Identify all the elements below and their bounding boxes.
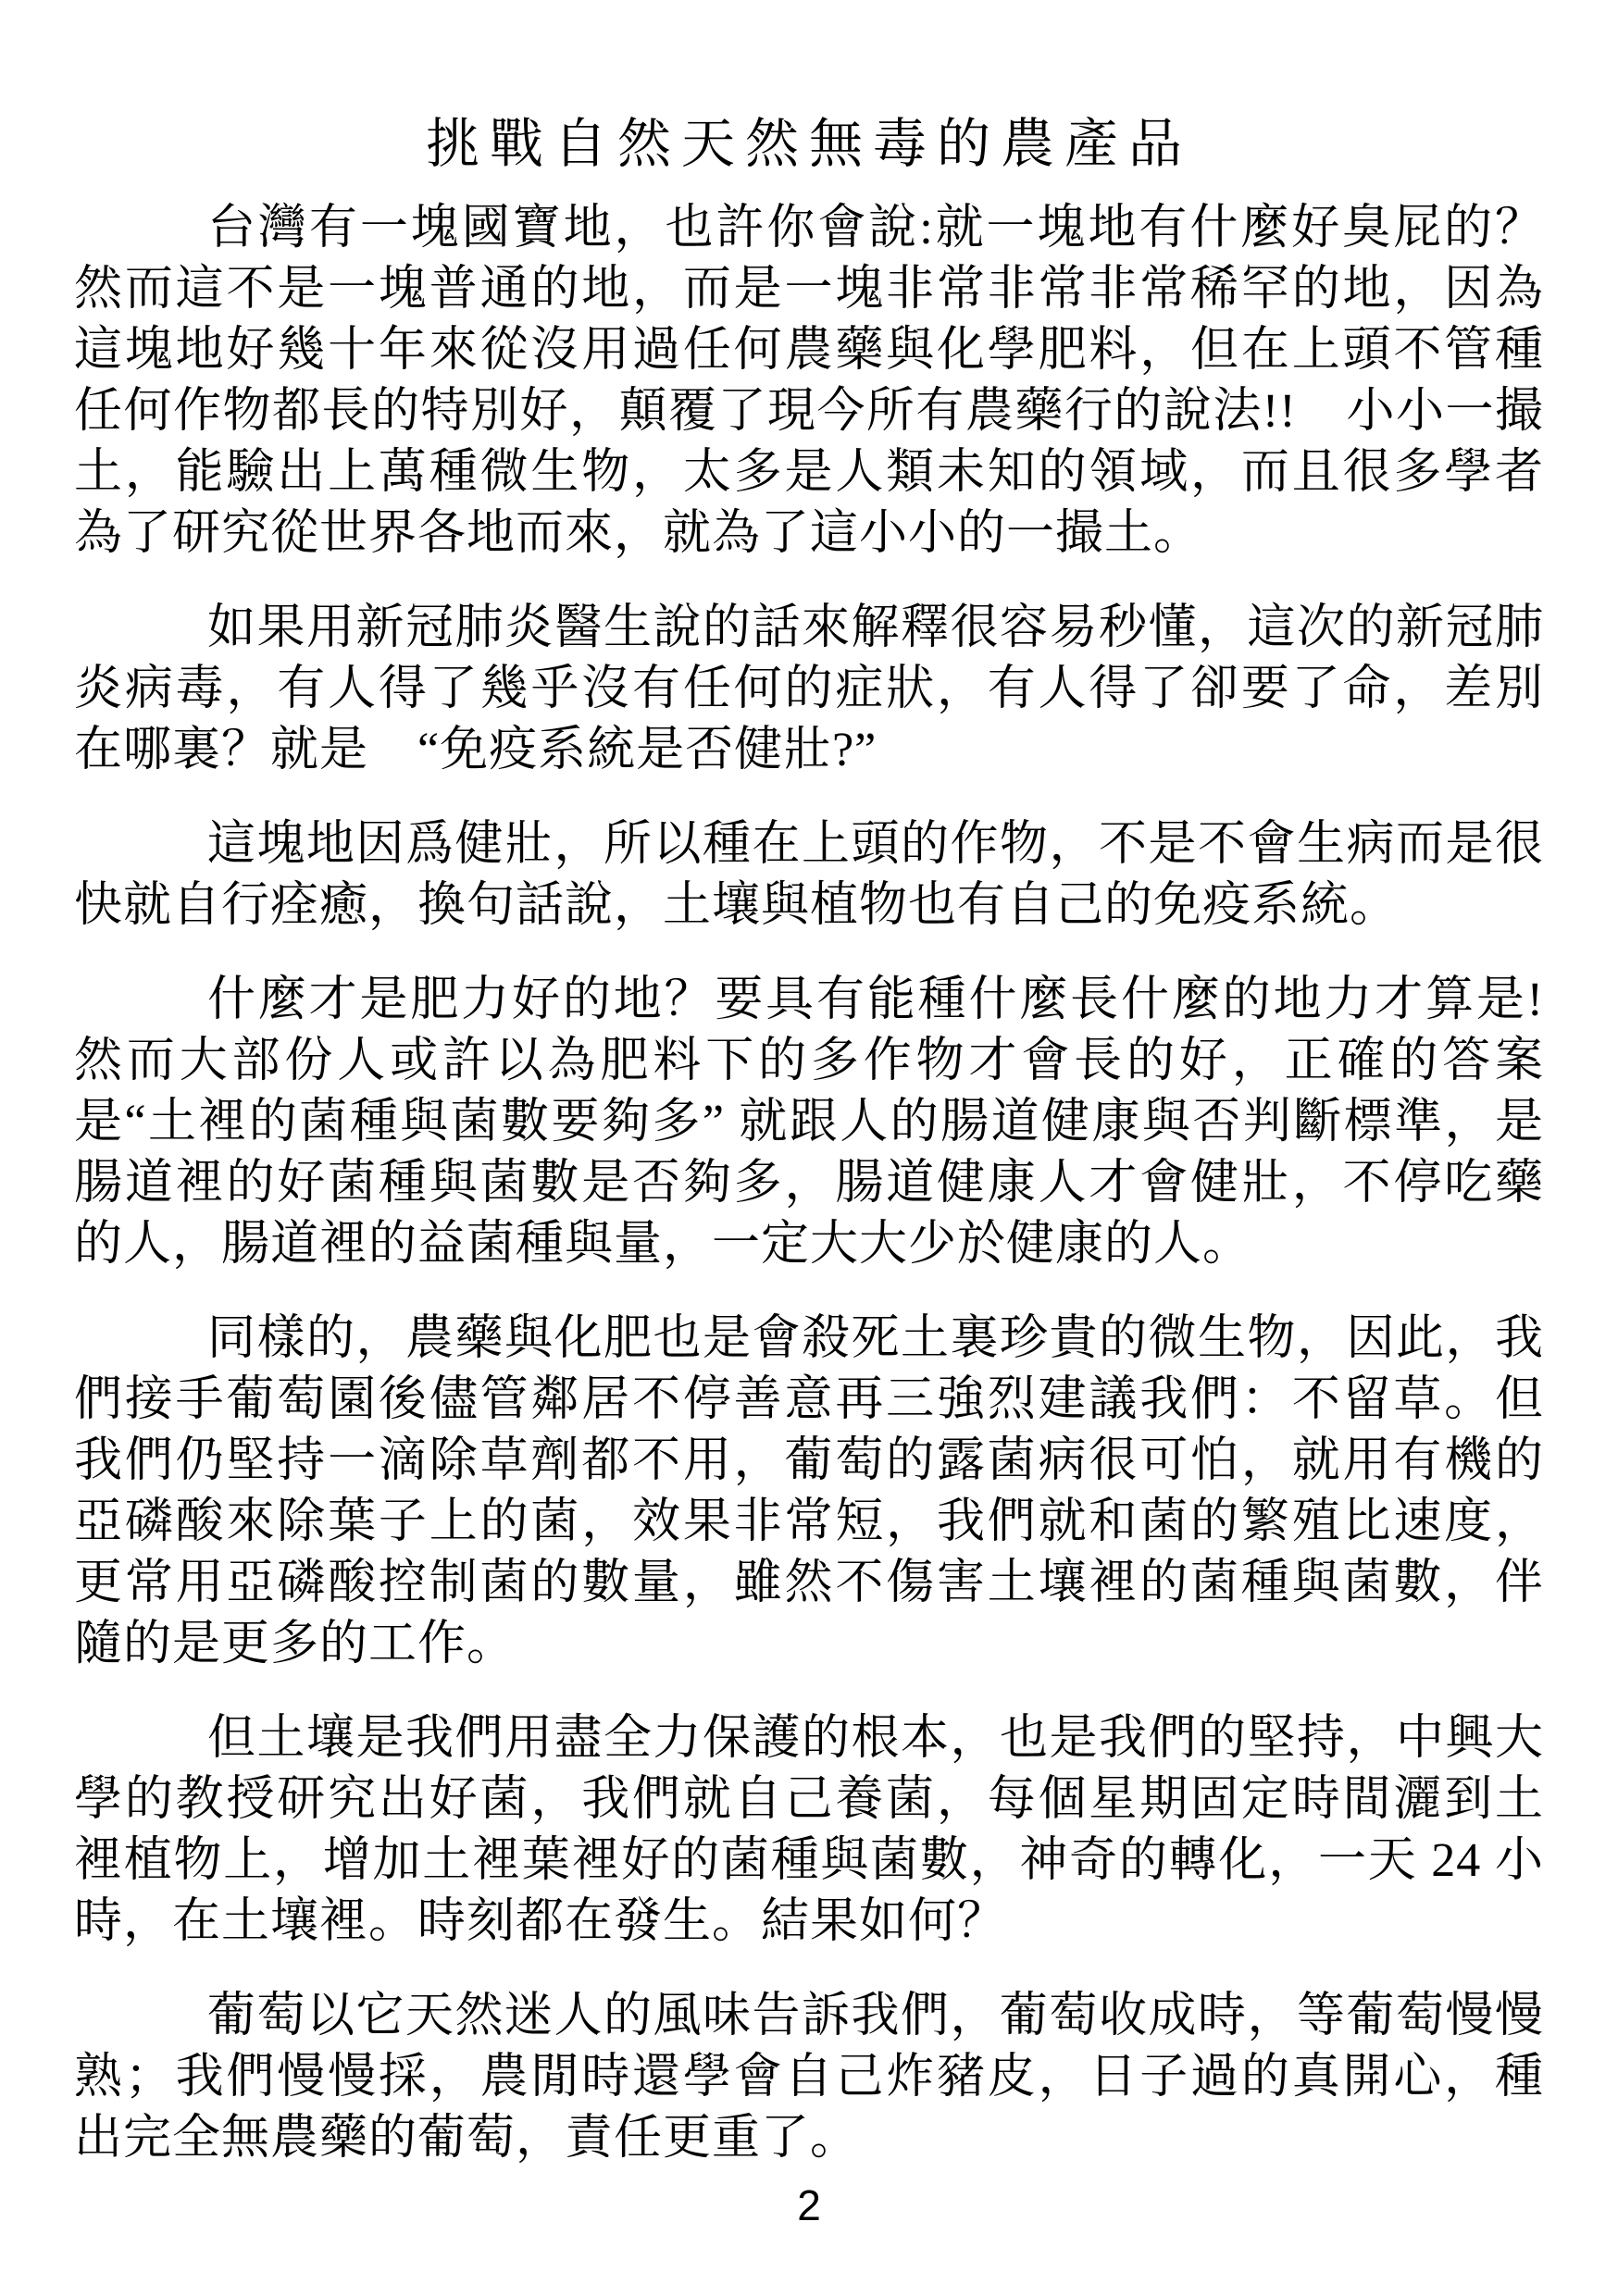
- paragraph-7: 葡萄以它天然迷人的風味告訴我們，葡萄收成時，等葡萄慢慢熟；我們慢慢採，農閒時還學…: [74, 1986, 1544, 2169]
- paragraph-3: 這塊地因爲健壯，所以種在上頭的作物，不是不會生病而是很快就自行痊癒，換句話說，土…: [74, 814, 1544, 937]
- document-title: 挑戰自然天然無毒的農產品: [0, 0, 1618, 185]
- paragraph-6: 但土壤是我們用盡全力保護的根本，也是我們的堅持，中興大學的教授研究出好菌，我們就…: [74, 1708, 1544, 1953]
- paragraph-1: 台灣有一塊國寶地，也許你會說:就一塊地有什麼好臭屁的？然而這不是一塊普通的地，而…: [74, 198, 1544, 565]
- paragraph-5: 同樣的，農藥與化肥也是會殺死土裏珍貴的微生物，因此，我們接手葡萄園後儘管鄰居不停…: [74, 1309, 1544, 1675]
- page-number: 2: [0, 2184, 1618, 2227]
- document-page: 挑戰自然天然無毒的農產品 台灣有一塊國寶地，也許你會說:就一塊地有什麼好臭屁的？…: [0, 0, 1618, 2296]
- paragraph-2: 如果用新冠肺炎醫生說的話來解釋很容易秒懂，這次的新冠肺炎病毒，有人得了幾乎沒有任…: [74, 598, 1544, 781]
- paragraph-4: 什麼才是肥力好的地？要具有能種什麼長什麼的地力才算是!然而大部份人或許以為肥料下…: [74, 970, 1544, 1275]
- document-body: 台灣有一塊國寶地，也許你會說:就一塊地有什麼好臭屁的？然而這不是一塊普通的地，而…: [74, 198, 1544, 2169]
